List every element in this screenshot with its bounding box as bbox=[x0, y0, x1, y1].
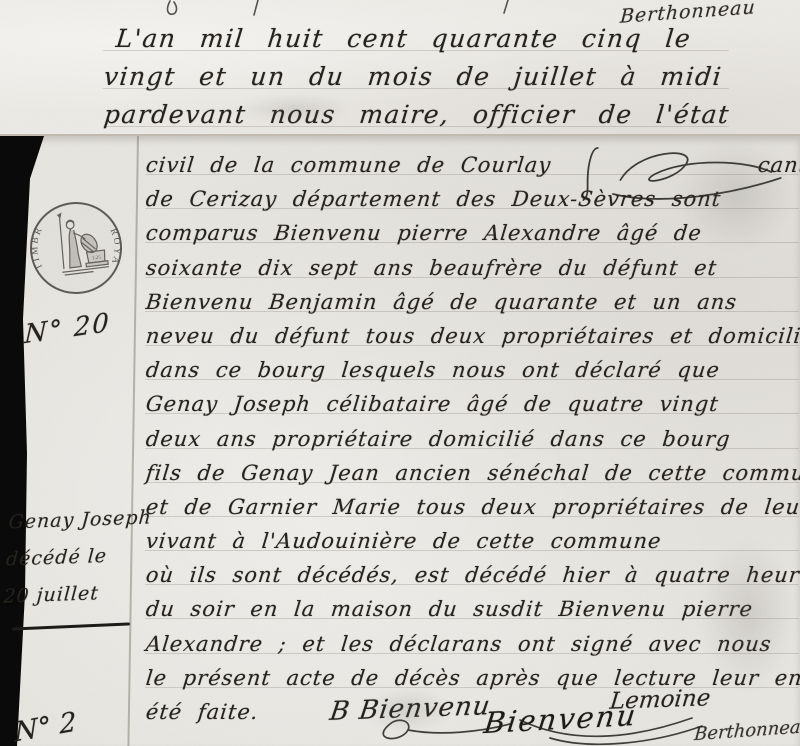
margin-note-line: décédé le bbox=[5, 536, 151, 578]
body-line: neveu du défunt tous deux propriétaires … bbox=[144, 319, 800, 353]
opening-line: vingt et un du mois de juillet à midi bbox=[102, 58, 732, 96]
ink-showthrough-smudge bbox=[368, 688, 448, 732]
stamp-graphic: TIMBRE ROYAL 1.25 bbox=[20, 190, 132, 305]
margin-note-line: 20 juillet bbox=[2, 574, 148, 616]
register-page-scan: Berthonneau L'an mil huit cent quarante … bbox=[0, 0, 800, 746]
body-line: vivant à l'Audouinière de cette commune bbox=[144, 524, 800, 558]
ink-showthrough-smudge bbox=[240, 96, 350, 122]
body-line-text: civil de la commune de Courlay bbox=[145, 153, 553, 177]
body-line: Genay Joseph célibataire âgé de quatre v… bbox=[144, 387, 800, 421]
ink-showthrough-smudge bbox=[700, 540, 795, 690]
royal-stamp: TIMBRE ROYAL 1.25 bbox=[20, 190, 132, 305]
opening-line: pardevant nous maire, officier de l'état bbox=[102, 96, 732, 134]
body-line: Bienvenu Benjamin âgé de quarante et un … bbox=[144, 285, 800, 319]
body-line: et de Garnier Marie tous deux propriétai… bbox=[144, 490, 800, 524]
margin-note-line: Genay Joseph bbox=[7, 499, 153, 541]
margin-death-note: Genay Joseph décédé le 20 juillet bbox=[2, 499, 153, 615]
body-line: soixante dix sept ans beaufrère du défun… bbox=[144, 251, 800, 285]
body-line: fils de Genay Jean ancien sénéchal de ce… bbox=[144, 456, 800, 490]
opening-line: L'an mil huit cent quarante cinq le bbox=[102, 20, 732, 58]
cut-off-stroke-marks bbox=[140, 0, 600, 22]
body-line: dans ce bourg lesquels nous ont déclaré … bbox=[144, 353, 800, 387]
body-line: deux ans propriétaire domicilié dans ce … bbox=[144, 422, 800, 456]
body-line: où ils sont décédés, est décédé hier à q… bbox=[144, 558, 800, 592]
signature-witness: Lemoine bbox=[609, 685, 712, 715]
top-page-section: Berthonneau L'an mil huit cent quarante … bbox=[0, 0, 800, 136]
ink-showthrough-smudge bbox=[676, 140, 796, 250]
opening-formula: L'an mil huit cent quarante cinq le ving… bbox=[104, 20, 730, 134]
